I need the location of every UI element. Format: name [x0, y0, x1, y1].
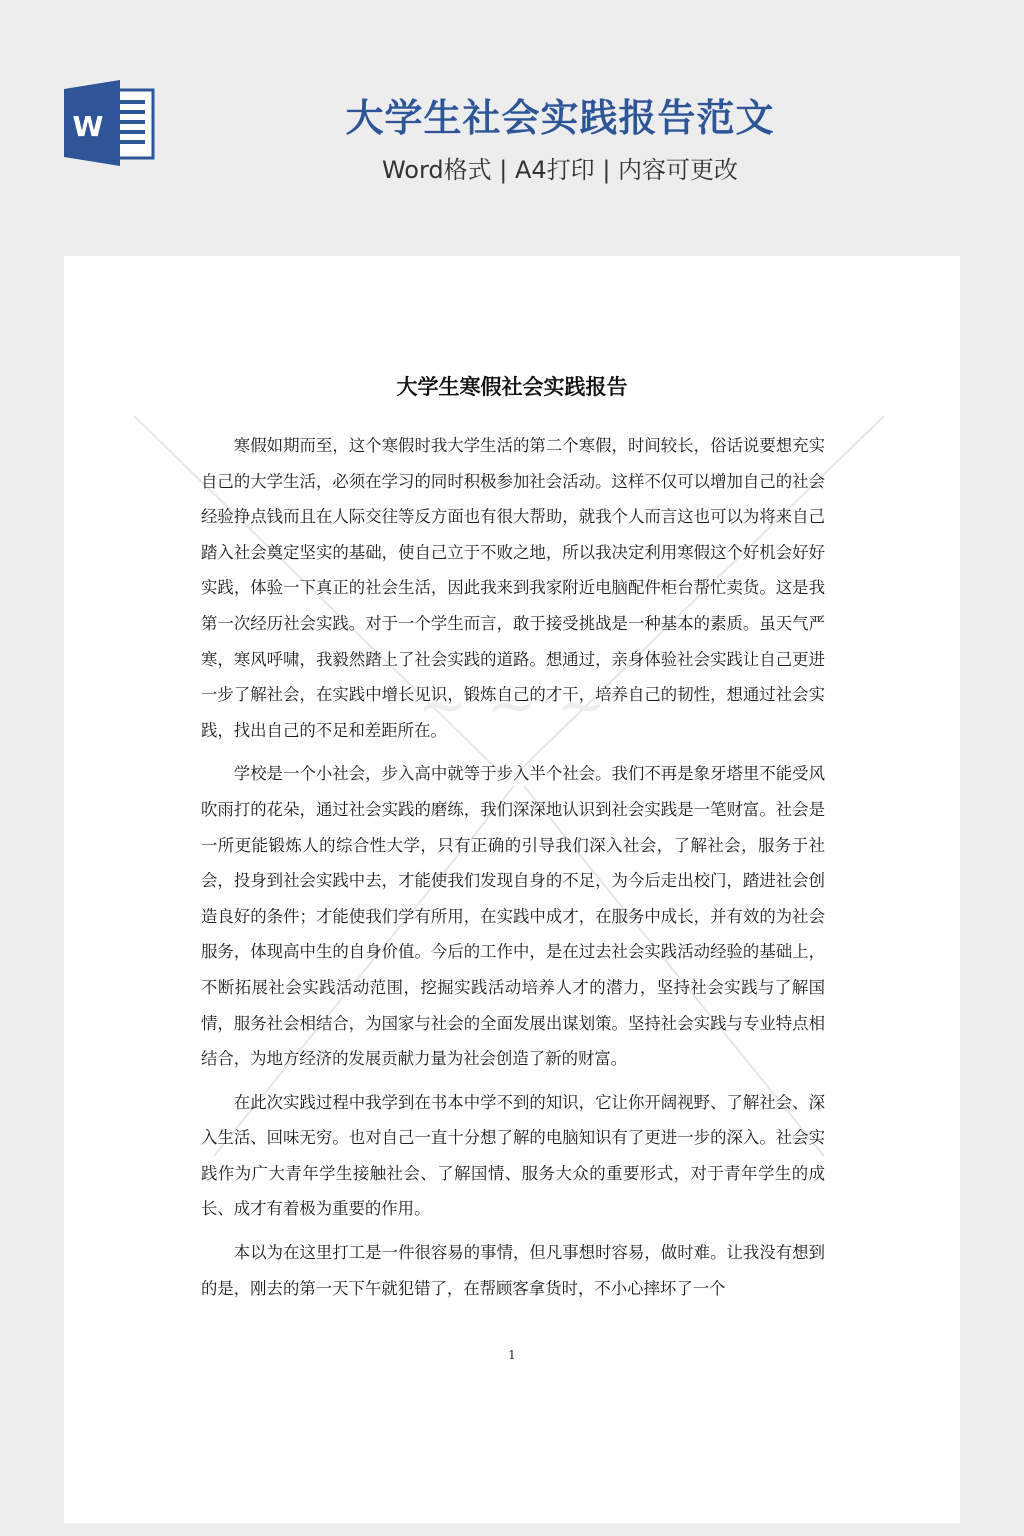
- word-document-icon: W: [64, 80, 156, 166]
- paragraph: 学校是一个小社会，步入高中就等于步入半个社会。我们不再是象牙塔里不能受风吹雨打的…: [201, 756, 825, 1076]
- svg-text:W: W: [73, 110, 104, 143]
- document-page: ~ ~ ~ 大学生寒假社会实践报告 寒假如期而至，这个寒假时我大学生活的第二个寒…: [64, 256, 960, 1523]
- header-subtitle: Word格式 | A4打印 | 内容可更改: [300, 152, 820, 188]
- paragraph: 寒假如期而至，这个寒假时我大学生活的第二个寒假，时间较长，俗话说要想充实自己的大…: [201, 428, 825, 748]
- page-number: 1: [64, 1348, 960, 1362]
- header-banner: W 大学生社会实践报告范文 Word格式 | A4打印 | 内容可更改: [0, 0, 1024, 256]
- paragraph: 本以为在这里打工是一件很容易的事情，但凡事想时容易，做时难。让我没有想到的是，刚…: [201, 1235, 825, 1306]
- paragraph: 在此次实践过程中我学到在书本中学不到的知识，它让你开阔视野、了解社会、深入生活、…: [201, 1085, 825, 1227]
- document-body: 寒假如期而至，这个寒假时我大学生活的第二个寒假，时间较长，俗话说要想充实自己的大…: [201, 428, 825, 1314]
- header-title: 大学生社会实践报告范文: [300, 92, 820, 144]
- document-title: 大学生寒假社会实践报告: [64, 372, 960, 402]
